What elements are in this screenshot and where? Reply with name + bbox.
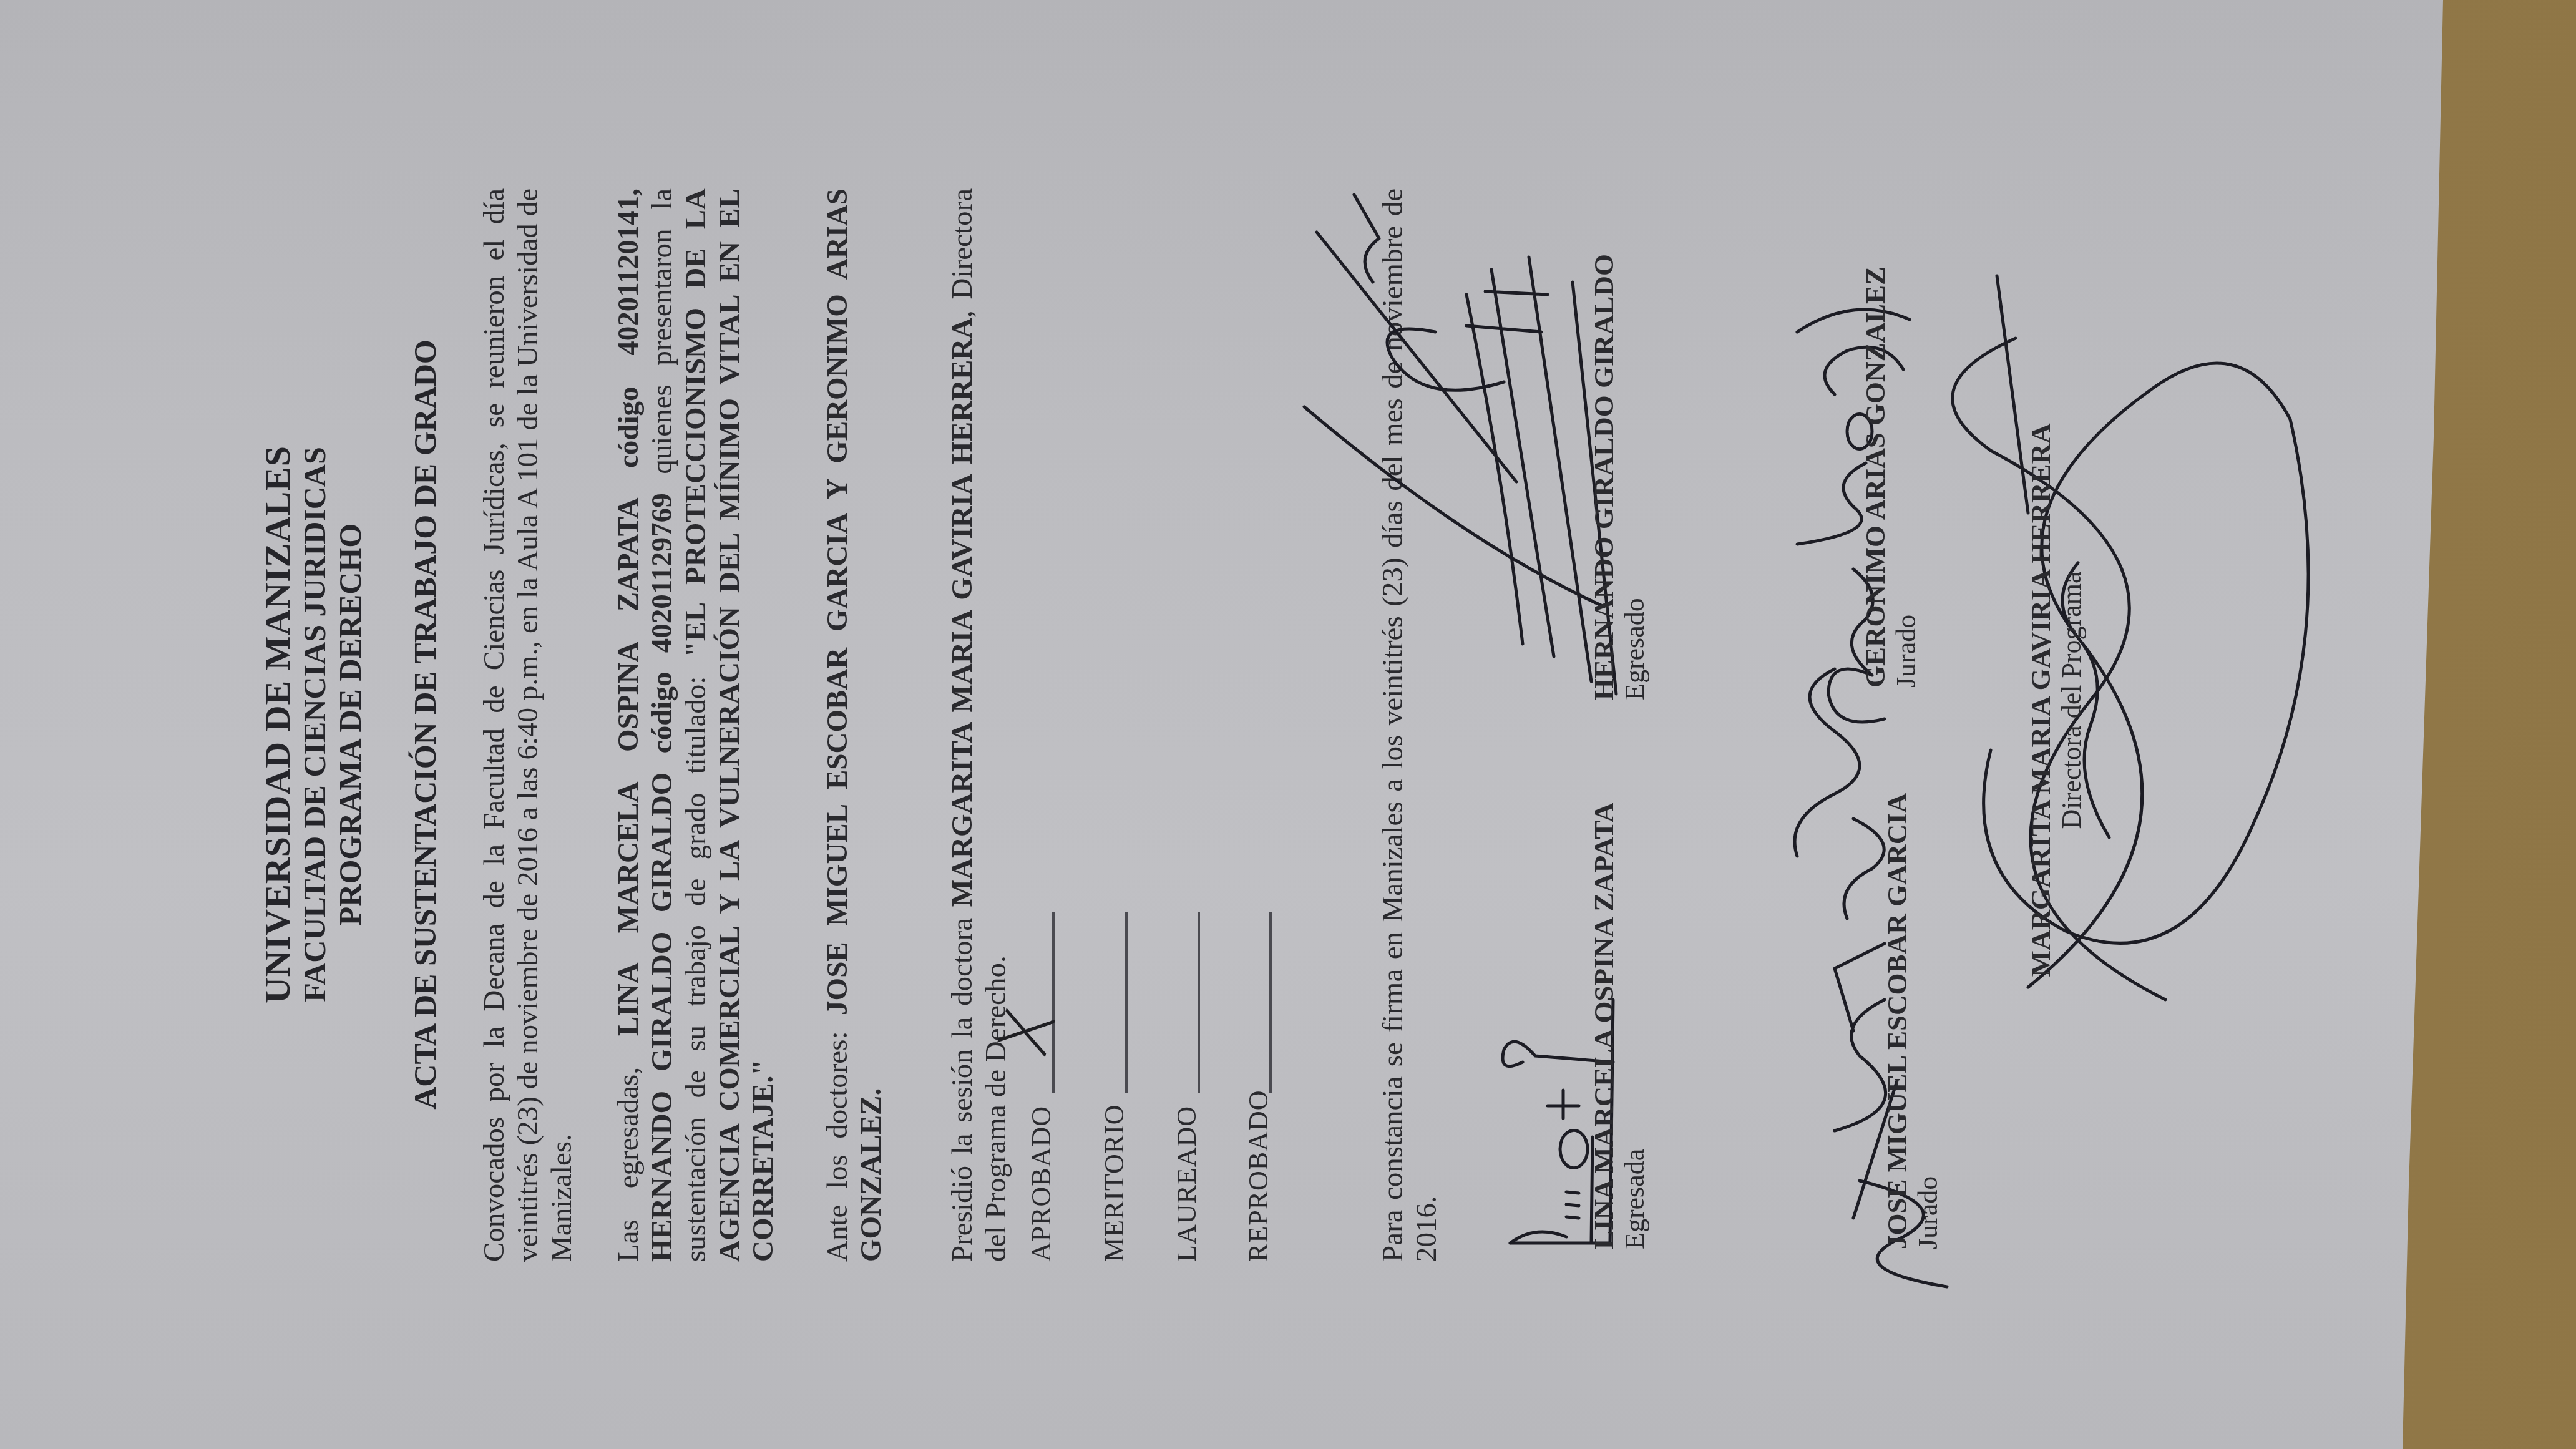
signatory-margarita: MARGARITA MARIA GAVIRIA HERRERA Director…	[2025, 388, 2087, 1012]
document-title: ACTA DE SUSTENTACIÓN DE TRABAJO DE GRADO	[409, 0, 442, 1449]
signatory-role: Egresado	[1619, 254, 1651, 700]
grade-label: LAUREADO	[1171, 1106, 1203, 1262]
signatory-name: GERONIMO ARIAS GONZALEZ	[1860, 266, 1891, 688]
student2-name: HERNANDO GIRALDO GIRALDO	[646, 773, 678, 1262]
student2-code: 40201129769	[646, 493, 678, 653]
graduates-intro: Las egresadas,	[612, 1036, 645, 1262]
signatory-name: JOSE MIGUEL ESCOBAR GARCIA	[1881, 793, 1913, 1249]
grade-blank-line	[1198, 912, 1200, 1093]
student1-code: 40201120141	[612, 196, 645, 356]
grade-option-laureado[interactable]: LAUREADO	[1169, 700, 1206, 1262]
paragraph-president: Presidió la sesión la doctora MARGARITA …	[945, 188, 1013, 1262]
signature-margarita-icon	[1903, 263, 2340, 1075]
signatory-geronimo: GERONIMO ARIAS GONZALEZ Jurado	[1860, 266, 1922, 688]
student2-code-label: código	[646, 653, 678, 773]
grade-option-aprobado[interactable]: APROBADO X	[1023, 700, 1061, 1262]
signatory-name: LINA MARCELA OSPINA ZAPATA	[1588, 803, 1619, 1249]
paragraph-signing: Para constancia se firma en Manizales a …	[1376, 188, 1443, 1262]
jury-intro: Ante los doctores:	[821, 1015, 854, 1262]
student1-code-label: código	[612, 356, 645, 499]
signatory-role: Jurado	[1891, 266, 1922, 688]
paragraph-jury: Ante los doctores: JOSE MIGUEL ESCOBAR G…	[821, 188, 888, 1262]
grade-blank-line	[1269, 912, 1272, 1093]
signatory-name: MARGARITA MARIA GAVIRIA HERRERA	[2025, 388, 2056, 1012]
grade-blank-line	[1125, 912, 1128, 1093]
document-page: UNIVERSIDAD DE MANIZALES FACULTAD DE CIE…	[0, 0, 2421, 1449]
signatory-jose: JOSE MIGUEL ESCOBAR GARCIA Jurado	[1881, 793, 1944, 1249]
grade-label: MERITORIO	[1098, 1104, 1130, 1262]
paragraph-graduates: Las egresadas, LINA MARCELA OSPINA ZAPAT…	[612, 188, 780, 1262]
faculty-name: FACULTAD DE CIENCIAS JURIDICAS	[298, 0, 331, 1449]
signatory-role: Egresada	[1619, 803, 1651, 1249]
signature-hernando-icon	[1279, 170, 1629, 731]
graduates-separator: ,	[612, 188, 645, 196]
grade-option-meritorio[interactable]: MERITORIO	[1096, 700, 1134, 1262]
university-name: UNIVERSIDAD DE MANIZALES	[259, 0, 297, 1449]
student1-name: LINA MARCELA OSPINA ZAPATA	[612, 499, 645, 1036]
grade-option-reprobado[interactable]: REPROBADO	[1241, 700, 1278, 1262]
grade-label: REPROBADO	[1242, 1090, 1274, 1262]
paragraph-convocation: Convocados por la Decana de la Facultad …	[477, 188, 578, 1262]
president-intro: Presidió la sesión la doctora	[946, 907, 978, 1262]
signatory-name: HERNANDO GIRALDO GIRALDO	[1588, 254, 1619, 700]
program-name: PROGRAMA DE DERECHO	[334, 0, 367, 1449]
grade-blank-line	[1052, 912, 1055, 1093]
signatory-hernando: HERNANDO GIRALDO GIRALDO Egresado	[1588, 254, 1651, 700]
signatory-lina: LINA MARCELA OSPINA ZAPATA Egresada	[1588, 803, 1651, 1249]
grade-label: APROBADO	[1025, 1106, 1057, 1262]
signatory-role: Jurado	[1913, 793, 1944, 1249]
president-name: MARGARITA MARIA GAVIRIA HERRERA	[946, 318, 978, 907]
signatory-role: Directora del Programa	[2056, 388, 2087, 1012]
